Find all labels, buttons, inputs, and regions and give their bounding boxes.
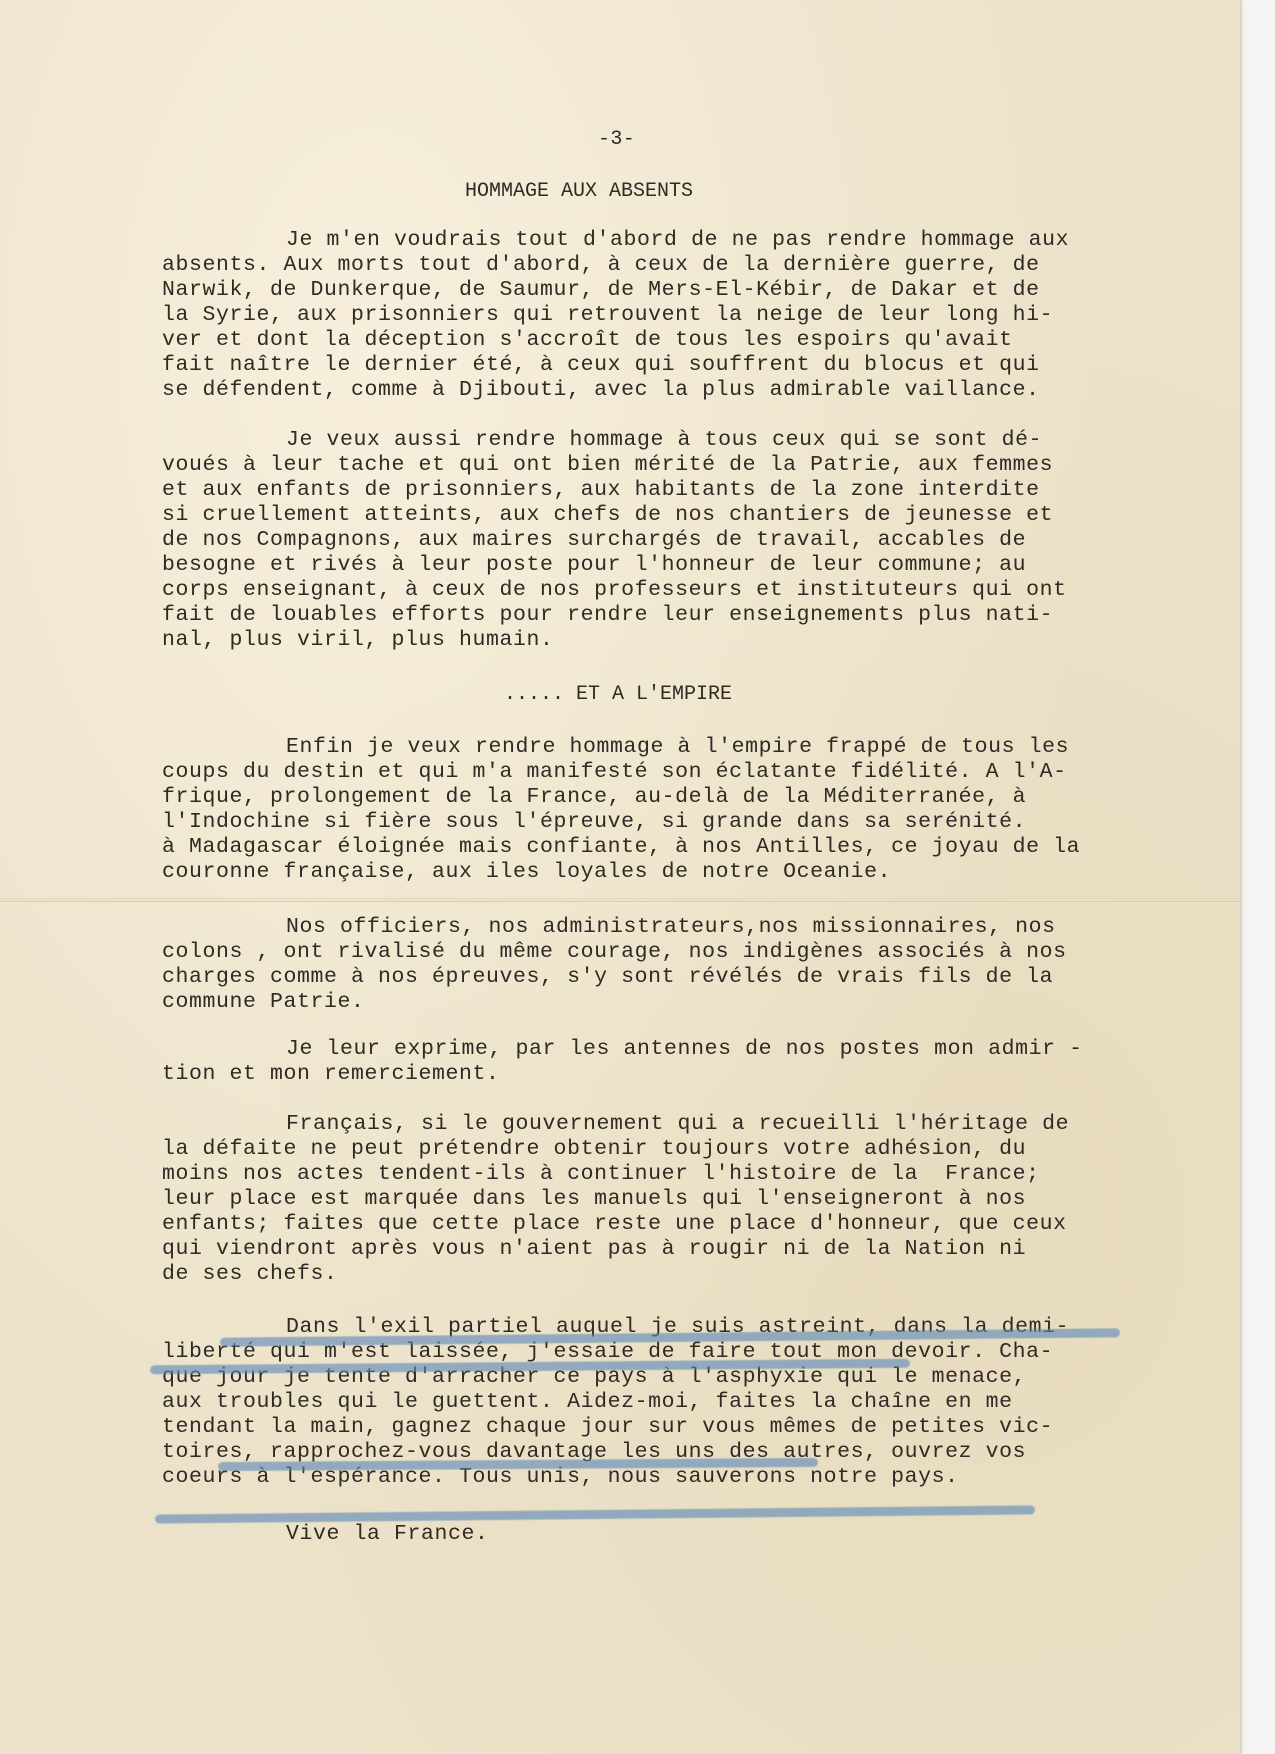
text-line: commune Patrie.	[162, 990, 1152, 1015]
text-line: la Syrie, aux prisonniers qui retrouvent…	[162, 303, 1152, 328]
section-heading-absents: HOMMAGE AUX ABSENTS	[465, 180, 693, 203]
text-line: aux troubles qui le guettent. Aidez-moi,…	[162, 1390, 1152, 1415]
text-line: coups du destin et qui m'a manifesté son…	[162, 760, 1152, 785]
text-line: couronne française, aux iles loyales de …	[162, 860, 1152, 885]
text-line: se défendent, comme à Djibouti, avec la …	[162, 378, 1152, 403]
text-line: corps enseignant, à ceux de nos professe…	[162, 578, 1152, 603]
typewritten-page: -3- HOMMAGE AUX ABSENTS Je m'en voudrais…	[0, 0, 1240, 1754]
closing-line: Vive la France.	[162, 1522, 1152, 1547]
text-line: Je m'en voudrais tout d'abord de ne pas …	[162, 228, 1152, 253]
text-line: Français, si le gouvernement qui a recue…	[162, 1112, 1152, 1137]
text-line: de ses chefs.	[162, 1262, 1152, 1287]
paragraph-francais: Français, si le gouvernement qui a recue…	[162, 1112, 1152, 1287]
text-line: tendant la main, gagnez chaque jour sur …	[162, 1415, 1152, 1440]
text-line: si cruellement atteints, aux chefs de no…	[162, 503, 1152, 528]
text-line: l'Indochine si fière sous l'épreuve, si …	[162, 810, 1152, 835]
text-line: besogne et rivés à leur poste pour l'hon…	[162, 553, 1152, 578]
text-line: frique, prolongement de la France, au-de…	[162, 785, 1152, 810]
text-line: la défaite ne peut prétendre obtenir tou…	[162, 1137, 1152, 1162]
text-line: colons , ont rivalisé du même courage, n…	[162, 940, 1152, 965]
paragraph-closing: Vive la France.	[162, 1522, 1152, 1547]
text-line: tion et mon remerciement.	[162, 1062, 1152, 1087]
text-line: Enfin je veux rendre hommage à l'empire …	[162, 735, 1152, 760]
text-line: à Madagascar éloignée mais confiante, à …	[162, 835, 1152, 860]
text-line: de nos Compagnons, aux maires surchargés…	[162, 528, 1152, 553]
paragraph-hommage-absents: Je m'en voudrais tout d'abord de ne pas …	[162, 228, 1152, 403]
text-line: et aux enfants de prisonniers, aux habit…	[162, 478, 1152, 503]
text-line: charges comme à nos épreuves, s'y sont r…	[162, 965, 1152, 990]
text-line: enfants; faites que cette place reste un…	[162, 1212, 1152, 1237]
text-line: fait naître le dernier été, à ceux qui s…	[162, 353, 1152, 378]
page-number: -3-	[598, 128, 635, 151]
paper-fold-crease	[0, 898, 1240, 902]
text-line: Narwik, de Dunkerque, de Saumur, de Mers…	[162, 278, 1152, 303]
paragraph-remerciement: Je leur exprime, par les antennes de nos…	[162, 1037, 1152, 1087]
blue-pencil-underline	[155, 1505, 1035, 1523]
text-line: Je leur exprime, par les antennes de nos…	[162, 1037, 1152, 1062]
section-heading-empire: ..... ET A L'EMPIRE	[504, 683, 732, 706]
text-line: moins nos actes tendent-ils à continuer …	[162, 1162, 1152, 1187]
paragraph-officiers: Nos officiers, nos administrateurs,nos m…	[162, 915, 1152, 1015]
text-line: Nos officiers, nos administrateurs,nos m…	[162, 915, 1152, 940]
text-line: fait de louables efforts pour rendre leu…	[162, 603, 1152, 628]
text-line: qui viendront après vous n'aient pas à r…	[162, 1237, 1152, 1262]
text-line: Je veux aussi rendre hommage à tous ceux…	[162, 428, 1152, 453]
text-line: nal, plus viril, plus humain.	[162, 628, 1152, 653]
text-line: voués à leur tache et qui ont bien mérit…	[162, 453, 1152, 478]
text-line: leur place est marquée dans les manuels …	[162, 1187, 1152, 1212]
text-line: ver et dont la déception s'accroît de to…	[162, 328, 1152, 353]
paragraph-hommage-devoues: Je veux aussi rendre hommage à tous ceux…	[162, 428, 1152, 653]
paragraph-empire: Enfin je veux rendre hommage à l'empire …	[162, 735, 1152, 885]
text-line: absents. Aux morts tout d'abord, à ceux …	[162, 253, 1152, 278]
